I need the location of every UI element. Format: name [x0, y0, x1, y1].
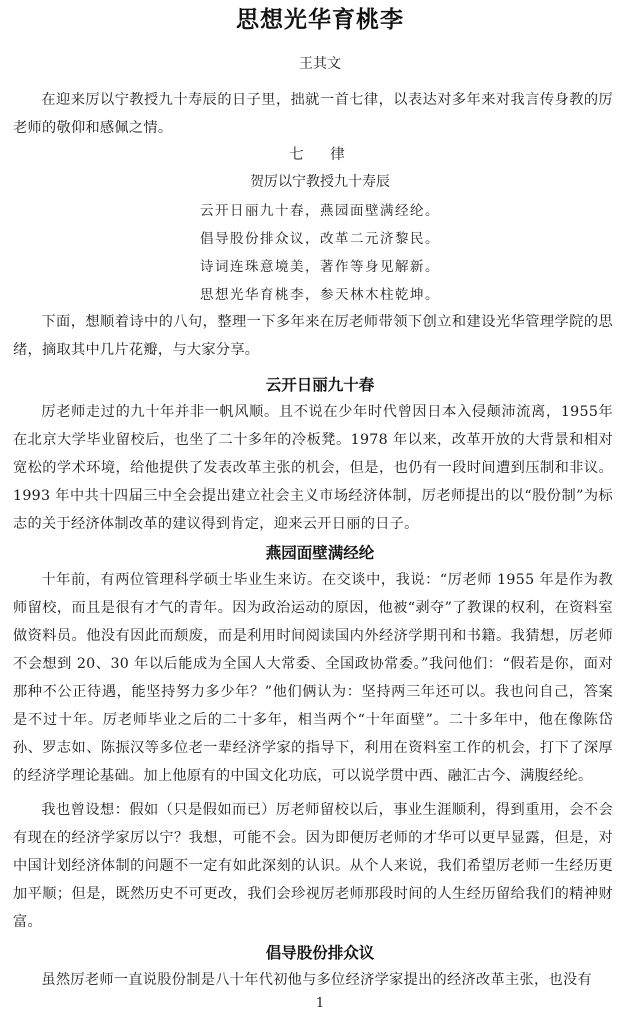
section-heading-3: 倡导股份排众议	[0, 940, 640, 966]
section-3-paragraph-1: 虽然厉老师一直说股份制是八十年代初他与多位经济学家提出的经济改革主张，也没有	[13, 966, 613, 994]
document-title: 思想光华育桃李	[0, 4, 640, 36]
poem-subtitle: 贺厉以宁教授九十寿辰	[0, 170, 640, 194]
poem-line-4: 思想光华育桃李，参天林木柱乾坤。	[0, 283, 640, 307]
section-heading-1: 云开日丽九十春	[0, 372, 640, 398]
section-1-paragraph-1: 厉老师走过的九十年并非一帆风顺。且不说在少年时代曾因日本入侵颠沛流离，1955年…	[13, 398, 613, 538]
section-2-paragraph-2: 我也曾设想：假如（只是假如而已）厉老师留校以后，事业生涯顺利，得到重用，会不会有…	[13, 796, 613, 936]
poem-line-1: 云开日丽九十春，燕园面壁满经纶。	[0, 199, 640, 223]
poem-line-3: 诗词连珠意境美，著作等身见解新。	[0, 255, 640, 279]
intro-paragraph: 在迎来厉以宁教授九十寿辰的日子里，拙就一首七律，以表达对多年来对我言传身教的厉老…	[13, 86, 613, 142]
poem-line-2: 倡导股份排众议，改革二元济黎民。	[0, 227, 640, 251]
document-page: 思想光华育桃李 王其文 在迎来厉以宁教授九十寿辰的日子里，拙就一首七律，以表达对…	[0, 0, 640, 1030]
section-2-paragraph-1: 十年前，有两位管理科学硕士毕业生来访。在交谈中，我说：“厉老师 1955 年是作…	[13, 566, 613, 790]
page-number: 1	[0, 994, 640, 1014]
author-name: 王其文	[0, 52, 640, 76]
poem-form-title: 七 律	[0, 143, 640, 167]
transition-paragraph: 下面，想顺着诗中的八句，整理一下多年来在厉老师带领下创立和建设光华管理学院的思绪…	[13, 308, 613, 364]
section-heading-2: 燕园面壁满经纶	[0, 540, 640, 566]
